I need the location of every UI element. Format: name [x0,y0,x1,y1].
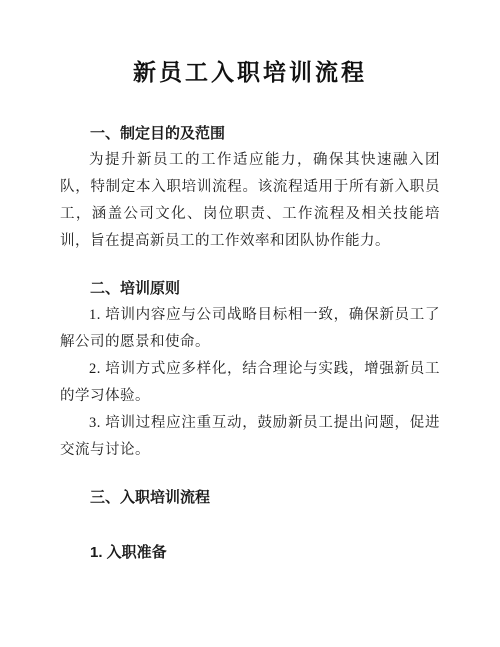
section-training-principles: 二、培训原则 1. 培训内容应与公司战略目标相一致，确保新员工了解公司的愿景和使… [60,275,440,464]
paragraph-purpose-scope: 为提升新员工的工作适应能力，确保其快速融入团队，特制定本入职培训流程。该流程适用… [60,147,440,255]
document-page: 新员工入职培训流程 一、制定目的及范围 为提升新员工的工作适应能力，确保其快速融… [0,0,500,647]
paragraph-principle-3: 3. 培训过程应注重互动，鼓励新员工提出问题，促进交流与讨论。 [60,410,440,464]
document-title: 新员工入职培训流程 [60,58,440,86]
subsection-heading-onboarding-preparation: 1. 入职准备 [60,539,440,566]
paragraph-principle-1: 1. 培训内容应与公司战略目标相一致，确保新员工了解公司的愿景和使命。 [60,302,440,356]
paragraph-principle-2: 2. 培训方式应多样化，结合理论与实践，增强新员工的学习体验。 [60,356,440,410]
section-purpose-scope: 一、制定目的及范围 为提升新员工的工作适应能力，确保其快速融入团队，特制定本入职… [60,120,440,255]
section-heading-onboarding-process: 三、入职培训流程 [60,484,440,511]
section-heading-purpose-scope: 一、制定目的及范围 [60,120,440,147]
section-onboarding-process: 三、入职培训流程 1. 入职准备 [60,484,440,566]
section-heading-training-principles: 二、培训原则 [60,275,440,302]
